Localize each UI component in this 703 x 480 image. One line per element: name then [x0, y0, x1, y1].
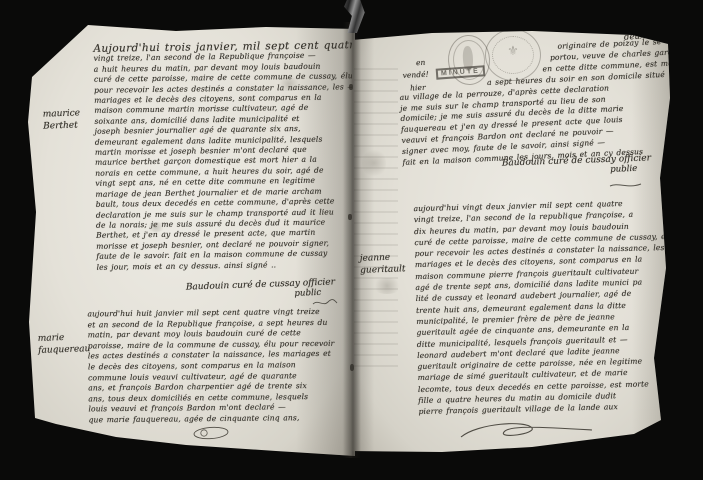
death-record-jeanne-gueritault: aujourd'hui vingt deux janvier mil sept …	[413, 197, 668, 418]
margin-note-line: fauquereau	[38, 343, 91, 357]
binding-stitch	[349, 84, 353, 90]
binding-stitch	[348, 214, 352, 220]
signature-underline-flourish-icon	[608, 182, 642, 190]
ink-blot	[146, 222, 166, 232]
margin-note-jeanne-gueritault: jeanne gueritault	[360, 251, 406, 277]
ink-blot	[372, 278, 402, 294]
binding-stitch	[350, 364, 354, 371]
text-line: que marie fauquereau, agée de cinquante …	[89, 413, 351, 426]
left-page: maurice Berthet Aujourd'hui trois janvie…	[26, 22, 355, 458]
death-record-marie-fauquereau-continued: en vendé! hier originaire de poizay le s…	[397, 37, 666, 169]
margin-note-line: Berthet	[43, 119, 81, 132]
signature-baudouin-2: Baudouin curé de cussay officier publie	[502, 153, 652, 178]
margin-note-line: gueritault	[360, 263, 406, 277]
ink-blot	[362, 148, 386, 178]
death-record-maurice-berthet: Aujourd'hui trois janvier, mil sept cent…	[93, 40, 354, 273]
marginal-word: vendé!	[402, 70, 429, 82]
margin-note-marie-fauquereau: marie fauquereau	[38, 331, 91, 357]
register-scan-photo: maurice Berthet Aujourd'hui trois janvie…	[0, 0, 703, 480]
margin-note-maurice-berthet: maurice Berthet	[43, 107, 81, 132]
record-lines: originaire de poizay le sé —portou, veuv…	[397, 37, 666, 169]
paraph-flourish-icon	[456, 420, 596, 442]
marginal-word: en	[416, 58, 426, 69]
ink-blot	[276, 77, 302, 91]
doodle-oval-icon	[192, 425, 230, 441]
marginal-word: hier	[410, 83, 426, 95]
death-record-marie-fauquereau: aujourd'hui huit janvier mil sept cent q…	[87, 307, 350, 426]
right-page: deux ⚜ MINUTE en vendé! hier originaire …	[352, 28, 670, 456]
